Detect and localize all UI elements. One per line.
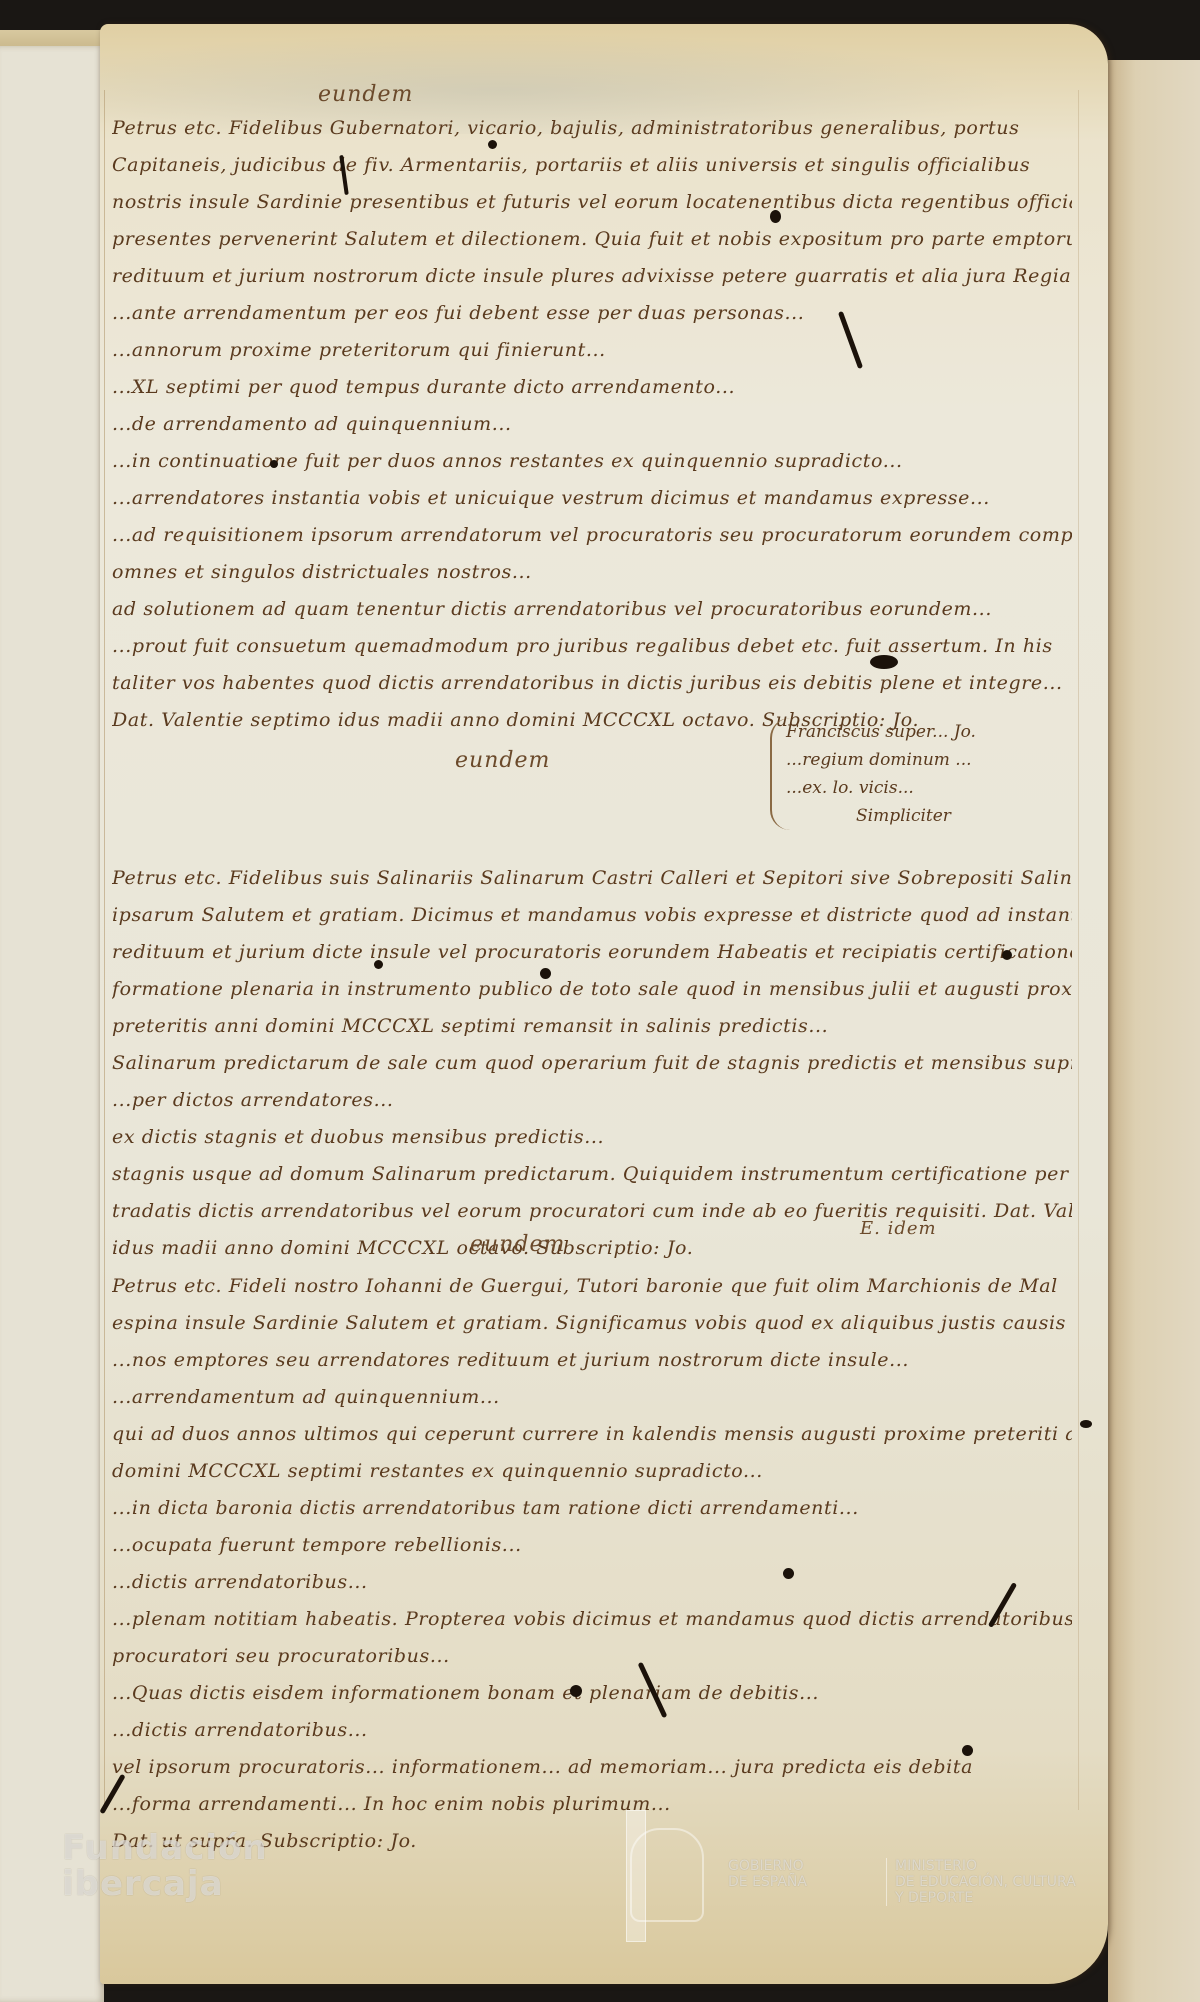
ministerio-watermark: MINISTERIO DE EDUCACIÓN, CULTURA Y DEPOR… — [886, 1858, 1076, 1906]
text-line: stagnis usque ad domum Salinarum predict… — [112, 1156, 1072, 1193]
coat-of-arms-watermark-icon — [630, 1828, 704, 1922]
text-line: ...de arrendamento ad quinquennium... — [112, 406, 1072, 443]
text-line: nostris insule Sardinie presentibus et f… — [112, 184, 1072, 221]
watermark-text: MINISTERIO — [895, 1858, 1076, 1874]
ink-blot — [540, 968, 551, 979]
text-line: espina insule Sardinie Salutem et gratia… — [112, 1305, 1072, 1342]
text-line: ...dictis arrendatoribus... — [112, 1564, 1072, 1601]
signature-line: ...regium dominum ... — [786, 746, 976, 774]
text-line: Petrus etc. Fideli nostro Iohanni de Gue… — [112, 1268, 1072, 1305]
text-line: ...prout fuit consuetum quemadmodum pro … — [112, 628, 1072, 665]
margin-rule-left — [104, 90, 105, 1810]
text-line: ...ad requisitionem ipsorum arrendatorum… — [112, 517, 1072, 554]
signature-line: ...ex. lo. vicis... — [786, 774, 976, 802]
text-line: Petrus etc. Fidelibus Gubernatori, vicar… — [112, 110, 1072, 147]
entry-2: Petrus etc. Fidelibus suis Salinariis Sa… — [112, 860, 1072, 1267]
text-line: ...nos emptores seu arrendatores redituu… — [112, 1342, 1072, 1379]
text-line: formatione plenaria in instrumento publi… — [112, 971, 1072, 1008]
entry-heading-1: eundem — [318, 82, 413, 107]
text-line: ...in dicta baronia dictis arrendatoribu… — [112, 1490, 1072, 1527]
watermark-text: GOBIERNO — [728, 1858, 807, 1874]
ink-blot — [783, 1568, 794, 1579]
signature-line: Simpliciter — [786, 802, 976, 830]
text-line: ...arrendatores instantia vobis et unicu… — [112, 480, 1072, 517]
manuscript-scan: eundem Petrus etc. Fidelibus Gubernatori… — [0, 0, 1200, 2002]
text-line: domini MCCCXL septimi restantes ex quinq… — [112, 1453, 1072, 1490]
watermark-text: Y DEPORTE — [895, 1890, 1076, 1906]
text-line: ...plenam notitiam habeatis. Propterea v… — [112, 1601, 1072, 1638]
text-line: presentes pervenerint Salutem et dilecti… — [112, 221, 1072, 258]
signature-line: Franciscus super... Jo. — [786, 718, 976, 746]
right-adjacent-leaf — [1108, 60, 1200, 2002]
watermark-text: DE EDUCACIÓN, CULTURA — [895, 1874, 1076, 1890]
ink-blot — [1002, 950, 1012, 960]
text-line: ipsarum Salutem et gratiam. Dicimus et m… — [112, 897, 1072, 934]
watermark-text: ibercaja — [62, 1866, 268, 1902]
text-line: Salinarum predictarum de sale cum quod o… — [112, 1045, 1072, 1082]
text-line: ...annorum proxime preteritorum qui fini… — [112, 332, 1072, 369]
text-line: ...Quas dictis eisdem informationem bona… — [112, 1675, 1072, 1712]
watermark-text: Fundación — [62, 1830, 268, 1866]
text-line: ad solutionem ad quam tenentur dictis ar… — [112, 591, 1072, 628]
margin-rule-right — [1078, 90, 1079, 1810]
text-line: ...forma arrendamenti... In hoc enim nob… — [112, 1786, 1072, 1823]
text-line: ...arrendamentum ad quinquennium... — [112, 1379, 1072, 1416]
ink-blot — [488, 140, 497, 149]
ink-blot — [770, 210, 781, 223]
gobierno-espana-watermark: GOBIERNO DE ESPAÑA — [728, 1858, 807, 1890]
text-line: ...XL septimi per quod tempus durante di… — [112, 369, 1072, 406]
entry-heading-3: eundem — [470, 1232, 565, 1257]
text-line: taliter vos habentes quod dictis arrenda… — [112, 665, 1072, 702]
text-line: procuratori seu procuratoribus... — [112, 1638, 1072, 1675]
text-line: redituum et jurium dicte insule vel proc… — [112, 934, 1072, 971]
text-line: ...ante arrendamentum per eos fui debent… — [112, 295, 1072, 332]
text-line: Petrus etc. Fidelibus suis Salinariis Sa… — [112, 860, 1072, 897]
signature-block: Franciscus super... Jo. ...regium dominu… — [770, 718, 976, 830]
entry-heading-2: eundem — [455, 748, 550, 773]
ink-blot — [270, 460, 278, 468]
watermark-text: DE ESPAÑA — [728, 1874, 807, 1890]
text-line: omnes et singulos districtuales nostros.… — [112, 554, 1072, 591]
text-line: ...in continuatione fuit per duos annos … — [112, 443, 1072, 480]
back-leaf — [0, 46, 104, 2002]
text-line: qui ad duos annos ultimos qui ceperunt c… — [112, 1416, 1072, 1453]
margin-note: E. idem — [860, 1218, 937, 1239]
ink-blot — [570, 1685, 582, 1697]
text-line: ...dictis arrendatoribus... — [112, 1712, 1072, 1749]
text-line: ...per dictos arrendatores... — [112, 1082, 1072, 1119]
ink-blot — [962, 1745, 973, 1756]
ink-blot — [374, 960, 383, 969]
text-line: ex dictis stagnis et duobus mensibus pre… — [112, 1119, 1072, 1156]
ink-blot — [1080, 1420, 1092, 1428]
text-line: vel ipsorum procuratoris... informatione… — [112, 1749, 1072, 1786]
entry-3: Petrus etc. Fideli nostro Iohanni de Gue… — [112, 1268, 1072, 1860]
text-line: redituum et jurium nostrorum dicte insul… — [112, 258, 1072, 295]
ink-blot — [870, 655, 898, 669]
text-line: preteritis anni domini MCCCXL septimi re… — [112, 1008, 1072, 1045]
entry-1: Petrus etc. Fidelibus Gubernatori, vicar… — [112, 110, 1072, 739]
text-line: ...ocupata fuerunt tempore rebellionis..… — [112, 1527, 1072, 1564]
fundacion-ibercaja-watermark: Fundación ibercaja — [62, 1830, 268, 1902]
text-line: Capitaneis, judicibus de fiv. Armentarii… — [112, 147, 1072, 184]
